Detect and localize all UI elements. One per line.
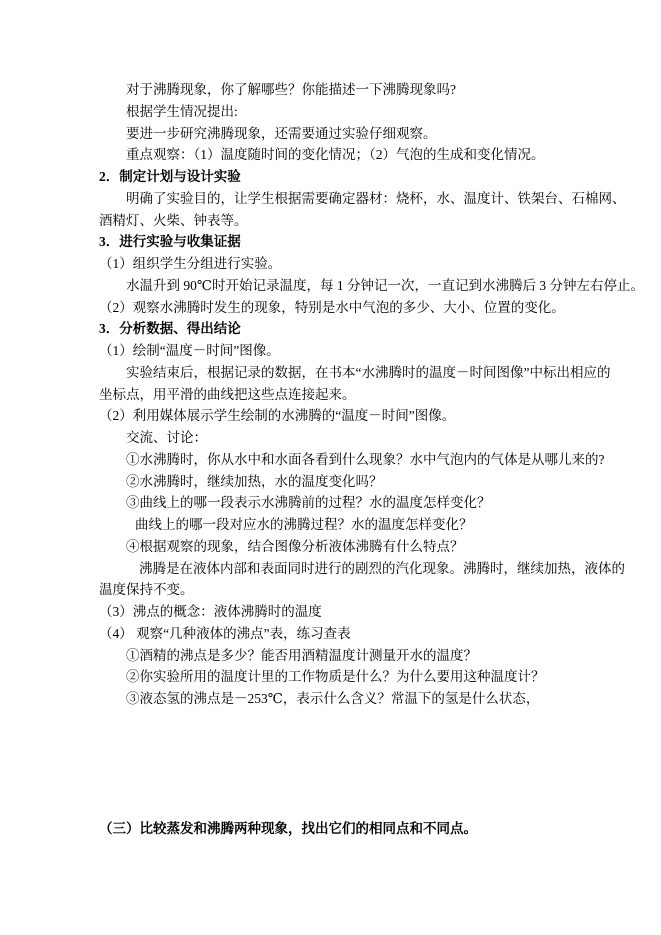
doc-line: （2）利用媒体展示学生绘制的水沸腾的“温度－时间”图像。 (99, 405, 661, 427)
doc-line: 水温升到 90℃时开始记录温度，每 1 分钟记一次，一直记到水沸腾后 3 分钟左… (99, 275, 661, 297)
doc-line: （1）绘制“温度－时间”图像。 (99, 340, 661, 362)
doc-line-lookup-q1: ①酒精的沸点是多少？能否用酒精温度计测量开水的温度？ (99, 645, 661, 667)
document-page: { "page": { "background": "#ffffff", "te… (0, 0, 661, 935)
doc-line: 沸腾是在液体内部和表面同时进行的剧烈的汽化现象。沸腾时，继续加热，液体的 (99, 558, 661, 580)
document-page-canvas: 对于沸腾现象，你了解哪些？你能描述一下沸腾现象吗? 根据学生情况提出: 要进一步… (0, 0, 661, 935)
doc-line: 坐标点，用平滑的曲线把这些点连接起来。 (99, 384, 661, 406)
doc-line: 明确了实验目的，让学生根据需要确定器材：烧杯，水、温度计、铁架台、石棉网、 (99, 188, 661, 210)
doc-line-lookup-q2: ②你实验所用的温度计里的工作物质是什么？为什么要用这种温度计？ (99, 666, 661, 688)
doc-line: 交流、讨论： (99, 427, 661, 449)
doc-line: 酒精灯、火柴、钟表等。 (99, 210, 661, 232)
doc-line: （1）组织学生分组进行实验。 (99, 253, 661, 275)
doc-line: （2）观察水沸腾时发生的现象，特别是水中气泡的多少、大小、位置的变化。 (99, 297, 661, 319)
doc-line: （4） 观察“几种液体的沸点”表，练习查表 (99, 623, 661, 645)
doc-line: 温度保持不变。 (99, 579, 661, 601)
doc-line: 对于沸腾现象，你了解哪些？你能描述一下沸腾现象吗? (99, 79, 661, 101)
heading-analyze-data: 3．分析数据、得出结论 (99, 318, 661, 340)
heading-design-experiment: 2．制定计划与设计实验 (99, 166, 661, 188)
heading-conduct-experiment: 3．进行实验与收集证据 (99, 231, 661, 253)
doc-line-discussion-q1: ①水沸腾时，你从水中和水面各看到什么现象？水中气泡内的气体是从哪儿来的? (99, 449, 661, 471)
doc-line: 根据学生情况提出: (99, 101, 661, 123)
doc-line-lookup-q3: ③液态氢的沸点是－253℃，表示什么含义？常温下的氢是什么状态， (99, 688, 661, 710)
doc-line: 曲线上的哪一段对应水的沸腾过程？水的温度怎样变化？ (99, 514, 661, 536)
doc-line-discussion-q2: ②水沸腾时，继续加热，水的温度变化吗？ (99, 471, 661, 493)
doc-line: 要进一步研究沸腾现象，还需要通过实验仔细观察。 (99, 123, 661, 145)
blank-gap (99, 710, 661, 818)
doc-line-discussion-q3: ③曲线上的哪一段表示水沸腾前的过程？水的温度怎样变化？ (99, 492, 661, 514)
doc-line: 重点观察：（1）温度随时间的变化情况；（2）气泡的生成和变化情况。 (99, 144, 661, 166)
doc-line: 实验结束后，根据记录的数据，在书本“水沸腾时的温度－时间图像”中标出相应的 (99, 362, 661, 384)
doc-line: （3）沸点的概念：液体沸腾时的温度 (99, 601, 661, 623)
document-body: 对于沸腾现象，你了解哪些？你能描述一下沸腾现象吗? 根据学生情况提出: 要进一步… (99, 79, 661, 840)
doc-line-discussion-q4: ④根据观察的现象，结合图像分析液体沸腾有什么特点？ (99, 536, 661, 558)
heading-compare-evaporation-boiling: （三）比较蒸发和沸腾两种现象，找出它们的相同点和不同点。 (99, 818, 661, 840)
